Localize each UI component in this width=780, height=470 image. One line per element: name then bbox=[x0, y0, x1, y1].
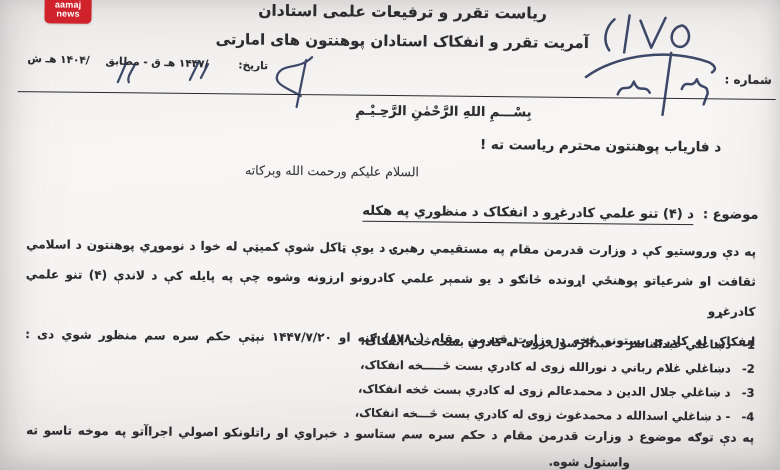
list-item-text: د ښاغلي جلال الدین د محمدعالم زوی له کاد… bbox=[358, 382, 731, 400]
document-body: aamaj news ریاست تقرر و ترفیعات علمی است… bbox=[0, 0, 780, 470]
subject-label: موضوع : bbox=[703, 207, 759, 223]
closing-last-words: واستول شوه. bbox=[548, 455, 630, 470]
handwritten-shamsi-gap bbox=[90, 64, 106, 65]
dismissal-list: 1- دښاغلي عبدالناصر د عبدالرسول زوی له ک… bbox=[53, 325, 755, 428]
letterhead-title-1: ریاست تقرر و ترفیعات علمی استادان bbox=[18, 0, 780, 25]
handwritten-day-gap bbox=[208, 67, 238, 68]
subject-text: د (۴) تنو علمي کادرغړو د انفکاک د منظوري… bbox=[362, 204, 694, 225]
date-hijri: /۱۴۴۷ هـ ق - مطابق bbox=[105, 55, 208, 70]
list-item-number: 2- bbox=[735, 357, 755, 381]
bismillah-calligraphy: بِسْـــمِ اللهِ الرَّحْمٰنِ الرَّحِـيْـم… bbox=[353, 104, 533, 121]
date-shamsi: /۱۴۰۴ هـ ش bbox=[27, 53, 90, 67]
list-item-text: - د ښاغلي اسدالله د محمدغوث زوی له کادري… bbox=[355, 406, 731, 424]
list-item-number: 1- bbox=[735, 333, 755, 357]
letterhead-divider-line bbox=[18, 91, 776, 100]
list-item-number: 4- bbox=[734, 405, 754, 429]
list-item-text: دښاغلي غلام رباني د نورالله زوی له کادري… bbox=[360, 358, 731, 376]
salutation-line: السلام علیکم ورحمت الله وبرکاته bbox=[245, 162, 419, 179]
subject-line: موضوع :د (۴) تنو علمي کادرغړو د انفکاک د… bbox=[362, 204, 758, 223]
handwritten-reference-number bbox=[586, 15, 716, 115]
scanned-letter-page: aamaj news ریاست تقرر و ترفیعات علمی است… bbox=[0, 0, 780, 470]
number-label: شماره : bbox=[724, 72, 771, 86]
date-label: تاریخ: bbox=[238, 59, 268, 72]
date-line: تاریخ:/۱۴۴۷ هـ ق - مطابق/۱۴۰۴ هـ ش bbox=[22, 53, 268, 73]
body-line: ثقافت او شرعیاتو پوهنځي اړونده څانګو د ی… bbox=[25, 259, 756, 327]
letterhead-title-2: آمریت تقرر و انفکاک استادان پوهنتون های … bbox=[17, 28, 780, 54]
list-item-number: 3- bbox=[734, 381, 754, 405]
addressee-line: د فاریاب پوهنتون محترم ریاست ته ! bbox=[480, 137, 721, 156]
list-item-text: دښاغلي عبدالناصر د عبدالرسول زوی له کادر… bbox=[360, 334, 731, 352]
